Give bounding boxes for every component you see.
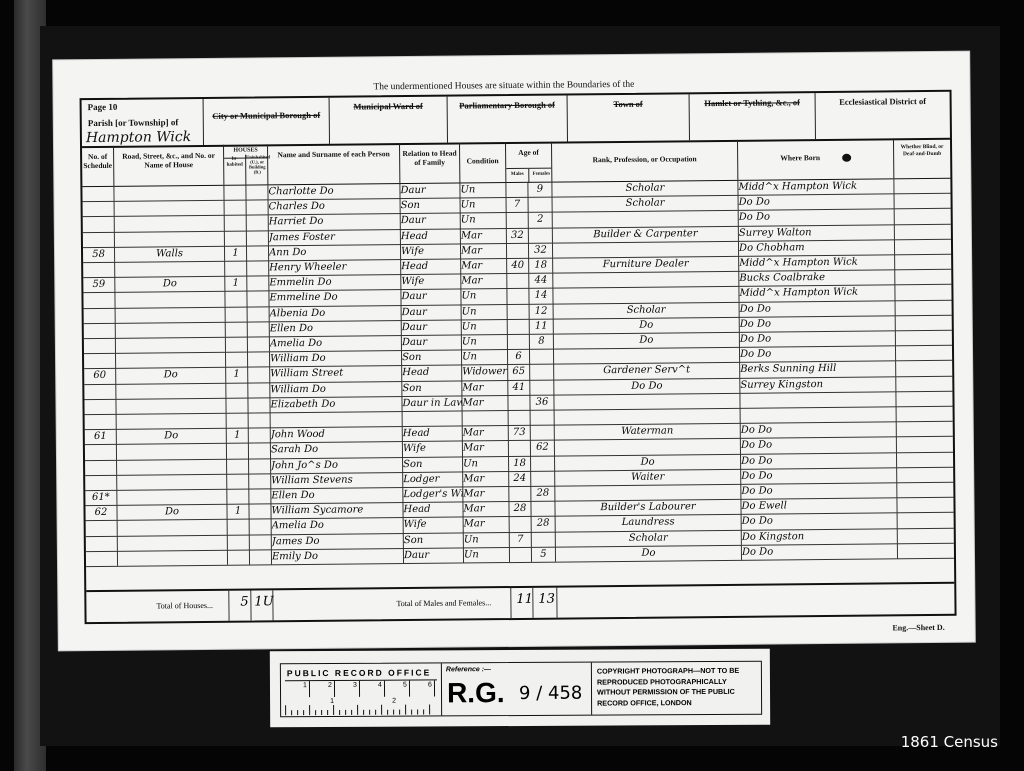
- cell-name: Amelia Do: [270, 335, 402, 351]
- census-form: Page 10 Parish [or Township] of Hampton …: [80, 90, 957, 624]
- cell-female: 8: [530, 334, 554, 349]
- cell-occupation: Do: [555, 453, 741, 470]
- ruler-number: 2: [392, 698, 396, 705]
- cell-born: Do Do: [742, 543, 898, 560]
- cell-female: 44: [529, 273, 553, 288]
- cell-condition: Mar: [463, 486, 509, 502]
- cell-name: Emmelin Do: [269, 274, 401, 290]
- cell-blind: [896, 299, 952, 315]
- cell-relation: Lodger's Wife: [403, 486, 463, 502]
- cell-name: [271, 411, 403, 427]
- cell-inhabited: [228, 519, 250, 534]
- cell-relation: Daur: [401, 289, 461, 305]
- cell-female: 9: [528, 182, 552, 197]
- cell-born: Do Do: [741, 467, 897, 484]
- cell-born: Midd^x Hampton Wick: [739, 285, 895, 302]
- cell-born: Berks Sunning Hill: [740, 361, 896, 378]
- cell-road: Walls: [115, 246, 225, 262]
- cell-road: [116, 322, 226, 338]
- cell-occupation: Do: [554, 317, 740, 334]
- cell-occupation: [554, 393, 740, 410]
- cell-name: William Do: [270, 350, 402, 366]
- cell-born: [741, 406, 897, 423]
- cell-relation: Son: [401, 198, 461, 214]
- cell-blind: [896, 315, 952, 331]
- cell-inhabited: [227, 413, 249, 428]
- boundary-text: The undermentioned Houses are situate wi…: [373, 80, 634, 93]
- cell-female: 14: [529, 288, 553, 303]
- cell-inhabited: [226, 397, 248, 412]
- cell-relation: Wife: [404, 517, 464, 533]
- cell-condition: Mar: [462, 395, 508, 411]
- cell-schedule: [83, 262, 115, 277]
- cell-road: [117, 458, 227, 474]
- cell-road: [114, 185, 224, 201]
- cell-condition: Un: [462, 334, 508, 350]
- cell-occupation: Do: [556, 545, 742, 562]
- cell-blind: [898, 527, 954, 543]
- cell-born: Bucks Coalbrake: [739, 270, 895, 287]
- cell-schedule: [85, 444, 117, 459]
- cell-uninh: [249, 412, 271, 427]
- sheet-label: Eng.—Sheet D.: [892, 623, 944, 633]
- cell-inhabited: [227, 489, 249, 504]
- cell-female: 12: [530, 303, 554, 318]
- cell-relation: Daur: [402, 319, 462, 335]
- cell-male: [507, 273, 529, 288]
- total-houses-label: Total of Houses...: [156, 601, 213, 611]
- cell-uninh: [247, 260, 269, 275]
- cell-name: William Sycamore: [271, 502, 403, 518]
- cell-condition: Un: [464, 547, 510, 563]
- cell-relation: Head: [403, 426, 463, 442]
- cell-inhabited: 1: [225, 245, 247, 260]
- cell-female: 28: [531, 486, 555, 501]
- cell-relation: Head: [402, 365, 462, 381]
- cell-uninh: [249, 504, 271, 519]
- cell-inhabited: [224, 185, 246, 200]
- cell-name: Ellen Do: [271, 487, 403, 503]
- cell-uninh: [249, 458, 271, 473]
- cell-road: [115, 291, 225, 307]
- header-males: Males: [506, 170, 528, 179]
- ruler-number: 2: [328, 682, 332, 689]
- header-occupation: Rank, Profession, or Occupation: [552, 140, 738, 182]
- cell-male: [507, 243, 529, 258]
- cell-occupation: Scholar: [554, 301, 740, 318]
- cell-name: Henry Wheeler: [269, 259, 401, 275]
- cell-occupation: Builder & Carpenter: [553, 225, 739, 242]
- cell-schedule: 59: [83, 277, 115, 292]
- cell-inhabited: [227, 473, 249, 488]
- cell-relation: Son: [403, 456, 463, 472]
- cell-condition: [463, 410, 509, 426]
- page-number: Page 10: [88, 102, 118, 112]
- cell-born: Do Kingston: [742, 528, 898, 545]
- cell-schedule: [84, 323, 116, 338]
- cell-male: 41: [508, 379, 530, 394]
- cell-female: [530, 349, 554, 364]
- cell-blind: [897, 436, 953, 452]
- census-page: The undermentioned Houses are situate wi…: [53, 52, 975, 651]
- cell-condition: Mar: [461, 258, 507, 274]
- public-record-office-label: PUBLIC RECORD OFFICE 12345612 Reference …: [270, 649, 770, 728]
- total-females: 13: [538, 592, 555, 607]
- cell-female: [529, 197, 553, 212]
- cell-road: [117, 489, 227, 505]
- ink-blot-icon: [842, 154, 851, 162]
- cell-condition: Mar: [463, 471, 509, 487]
- cell-relation: Head: [401, 228, 461, 244]
- cell-road: [117, 474, 227, 490]
- cell-born: Do Do: [740, 300, 896, 317]
- cell-name: James Foster: [269, 229, 401, 245]
- cell-name: Amelia Do: [272, 517, 404, 533]
- cell-condition: Un: [460, 182, 506, 198]
- cell-female: [531, 501, 555, 516]
- cell-occupation: Do: [554, 332, 740, 349]
- cell-condition: Un: [461, 288, 507, 304]
- municipal-ward-field: Municipal Ward of: [330, 97, 448, 144]
- cell-inhabited: 1: [227, 428, 249, 443]
- cell-born: Surrey Kingston: [740, 376, 896, 393]
- cell-condition: Mar: [461, 273, 507, 289]
- cell-schedule: [83, 201, 115, 216]
- cell-schedule: [83, 292, 115, 307]
- cell-male: [508, 334, 530, 349]
- cell-condition: Mar: [462, 380, 508, 396]
- cell-road: [116, 337, 226, 353]
- cell-name: William Stevens: [271, 472, 403, 488]
- ruler-number: 1: [303, 682, 307, 689]
- cell-relation: Son: [402, 380, 462, 396]
- cell-uninh: [249, 428, 271, 443]
- header-name: Name and Surname of each Person: [268, 143, 400, 184]
- cell-condition: Widower: [462, 364, 508, 380]
- cell-female: 36: [530, 394, 554, 409]
- image-caption: 1861 Census: [901, 733, 998, 751]
- cell-uninh: [250, 549, 272, 564]
- ruler-number: 1: [330, 698, 334, 705]
- cell-blind: [895, 284, 951, 300]
- ruler-number: 4: [378, 682, 382, 689]
- cell-schedule: [86, 520, 118, 535]
- cell-inhabited: [225, 230, 247, 245]
- header-uninhabited: Uninhabited (U.), or Building (B.): [245, 154, 268, 184]
- cell-inhabited: [226, 352, 248, 367]
- reference-prefix: R.G.: [447, 677, 505, 709]
- cell-female: 2: [529, 212, 553, 227]
- cell-schedule: [84, 399, 116, 414]
- cell-born: Do Do: [741, 437, 897, 454]
- ecclesiastical-district-field: Ecclesiastical District of: [816, 92, 950, 139]
- cell-name: Sarah Do: [271, 441, 403, 457]
- cell-road: Do: [117, 428, 227, 444]
- cell-occupation: [555, 438, 741, 455]
- cell-road: [117, 443, 227, 459]
- cell-occupation: [553, 241, 739, 258]
- cell-uninh: [247, 215, 269, 230]
- cell-male: [508, 395, 530, 410]
- parliamentary-borough-field: Parliamentary Borough of: [448, 95, 568, 142]
- cell-female: [531, 410, 555, 425]
- total-houses-uninhabited: 1U: [254, 594, 273, 609]
- cell-born: Do Do: [741, 482, 897, 499]
- cell-schedule: [85, 475, 117, 490]
- cell-born: Do Do: [741, 422, 897, 439]
- cell-blind: [897, 482, 953, 498]
- cell-relation: Head: [401, 259, 461, 275]
- cell-road: [116, 352, 226, 368]
- cell-relation: Wife: [403, 441, 463, 457]
- cell-road: [116, 306, 226, 322]
- header-age: Age of Males Females: [506, 142, 552, 182]
- cell-blind: [895, 269, 951, 285]
- cell-born: Do Do: [742, 513, 898, 530]
- cell-uninh: [248, 382, 270, 397]
- cell-relation: Daur: [402, 304, 462, 320]
- cell-schedule: 61*: [85, 490, 117, 505]
- cell-born: Do Chobham: [739, 239, 895, 256]
- cell-male: [507, 212, 529, 227]
- cell-condition: Mar: [461, 243, 507, 259]
- cell-female: 28: [532, 516, 556, 531]
- cell-male: 6: [508, 349, 530, 364]
- cell-condition: Un: [461, 197, 507, 213]
- cell-female: [532, 531, 556, 546]
- header-where-born: Where Born: [738, 138, 894, 179]
- cell-name: Emmeline Do: [269, 289, 401, 305]
- cell-road: Do: [117, 504, 227, 520]
- cell-occupation: Waterman: [555, 423, 741, 440]
- cell-schedule: 60: [84, 368, 116, 383]
- cell-uninh: [250, 534, 272, 549]
- cell-uninh: [246, 184, 268, 199]
- cell-inhabited: [225, 200, 247, 215]
- reference-label: Reference :—: [446, 666, 491, 673]
- cell-blind: [897, 467, 953, 483]
- cell-condition: Un: [462, 319, 508, 335]
- cell-condition: Un: [461, 212, 507, 228]
- cell-uninh: [248, 336, 270, 351]
- cell-schedule: [85, 414, 117, 429]
- cell-inhabited: [225, 215, 247, 230]
- cell-occupation: Laundress: [556, 514, 742, 531]
- cell-condition: Mar: [463, 501, 509, 517]
- cell-condition: Un: [462, 349, 508, 365]
- cell-name: James Do: [272, 533, 404, 549]
- cell-female: [530, 364, 554, 379]
- cell-female: [531, 455, 555, 470]
- cell-road: [116, 382, 226, 398]
- pro-office-title: PUBLIC RECORD OFFICE: [287, 667, 431, 678]
- cell-inhabited: [225, 261, 247, 276]
- cell-female: 5: [532, 546, 556, 561]
- cell-occupation: [553, 271, 739, 288]
- hamlet-field: Hamlet or Tything, &c., of: [690, 93, 816, 140]
- cell-blind: [897, 406, 953, 422]
- cell-born: Surrey Walton: [739, 224, 895, 241]
- cell-female: [531, 470, 555, 485]
- cell-male: [509, 486, 531, 501]
- cell-schedule: [86, 551, 118, 566]
- cell-blind: [896, 391, 952, 407]
- cell-road: [118, 519, 228, 535]
- ruler-number: 5: [403, 682, 407, 689]
- cell-relation: Wife: [401, 243, 461, 259]
- cell-born: Do Do: [739, 209, 895, 226]
- cell-blind: [895, 193, 951, 209]
- cell-female: [531, 425, 555, 440]
- cell-inhabited: [228, 549, 250, 564]
- cell-uninh: [249, 443, 271, 458]
- cell-male: [508, 319, 530, 334]
- total-persons-label: Total of Males and Females...: [396, 598, 491, 608]
- cell-condition: Mar: [463, 425, 509, 441]
- cell-occupation: Do Do: [554, 377, 740, 394]
- cell-born: Midd^x Hampton Wick: [738, 178, 894, 195]
- cell-name: Ellen Do: [270, 320, 402, 336]
- cell-female: 11: [530, 318, 554, 333]
- cell-inhabited: [226, 306, 248, 321]
- cell-occupation: Gardener Serv^t: [554, 362, 740, 379]
- cell-uninh: [250, 519, 272, 534]
- cell-relation: Daur: [401, 213, 461, 229]
- cell-road: [116, 398, 226, 414]
- cell-road: Do: [116, 367, 226, 383]
- cell-relation: [403, 410, 463, 426]
- cell-blind: [895, 208, 951, 224]
- cell-inhabited: [225, 291, 247, 306]
- header-relation: Relation to Head of Family: [400, 143, 460, 184]
- cell-inhabited: 1: [226, 367, 248, 382]
- cell-occupation: [553, 210, 739, 227]
- cell-uninh: [248, 397, 270, 412]
- cell-inhabited: [227, 443, 249, 458]
- cell-uninh: [248, 321, 270, 336]
- cell-relation: Daur in Law: [402, 395, 462, 411]
- cell-male: 40: [507, 258, 529, 273]
- cell-male: [507, 288, 529, 303]
- cell-blind: [898, 512, 954, 528]
- cell-blind: [896, 345, 952, 361]
- cell-uninh: [247, 230, 269, 245]
- cell-condition: Un: [463, 456, 509, 472]
- cell-female: [529, 227, 553, 242]
- cell-male: 7: [510, 531, 532, 546]
- cell-male: 24: [509, 471, 531, 486]
- cell-schedule: [84, 383, 116, 398]
- cell-relation: Wife: [401, 274, 461, 290]
- cell-name: Albenia Do: [270, 305, 402, 321]
- cell-name: William Do: [270, 381, 402, 397]
- cell-relation: Lodger: [403, 471, 463, 487]
- cell-male: 7: [507, 197, 529, 212]
- cell-schedule: 62: [85, 505, 117, 520]
- cell-condition: Mar: [461, 228, 507, 244]
- cell-name: John Jo^s Do: [271, 457, 403, 473]
- cell-female: 18: [529, 258, 553, 273]
- cell-blind: [896, 375, 952, 391]
- cell-male: 18: [509, 455, 531, 470]
- cell-condition: Mar: [463, 440, 509, 456]
- cell-name: John Wood: [271, 426, 403, 442]
- cell-road: [118, 550, 228, 566]
- cell-inhabited: [228, 534, 250, 549]
- cell-occupation: [555, 484, 741, 501]
- header-inhabited: In-habited: [224, 157, 245, 169]
- cell-born: Do Do: [741, 452, 897, 469]
- cell-born: Do Do: [740, 330, 896, 347]
- cell-schedule: 58: [83, 247, 115, 262]
- cell-occupation: [554, 347, 740, 364]
- cell-condition: Un: [464, 532, 510, 548]
- cell-blind: [895, 239, 951, 255]
- cell-road: [117, 413, 227, 429]
- cell-road: [115, 230, 225, 246]
- cell-male: 73: [509, 425, 531, 440]
- cell-occupation: Scholar: [553, 195, 739, 212]
- cell-relation: Daur: [404, 547, 464, 563]
- totals-row: Total of Houses... 5 1U Total of Males a…: [86, 582, 954, 622]
- cell-born: Do Do: [739, 194, 895, 211]
- header-blind-deaf: Whether Blind, or Deaf-and-Dumb: [894, 138, 950, 179]
- cell-blind: [895, 254, 951, 270]
- cell-male: 28: [509, 501, 531, 516]
- cell-male: [506, 182, 528, 197]
- cell-inhabited: [226, 382, 248, 397]
- copyright-notice: COPYRIGHT PHOTOGRAPH—NOT TO BE REPRODUCE…: [597, 666, 757, 709]
- cell-male: [509, 410, 531, 425]
- cell-occupation: Scholar: [552, 180, 738, 197]
- cell-condition: Un: [462, 304, 508, 320]
- cell-blind: [897, 451, 953, 467]
- cell-occupation: Scholar: [556, 529, 742, 546]
- cell-schedule: [86, 535, 118, 550]
- cell-relation: Son: [404, 532, 464, 548]
- header-schedule: No. of Schedule: [82, 146, 114, 186]
- cell-road: [115, 261, 225, 277]
- cell-inhabited: 1: [225, 276, 247, 291]
- pro-ruler-box: PUBLIC RECORD OFFICE 12345612: [281, 663, 442, 716]
- cell-born: Midd^x Hampton Wick: [739, 254, 895, 271]
- cell-uninh: [249, 473, 271, 488]
- cell-name: Charles Do: [269, 198, 401, 214]
- cell-uninh: [247, 200, 269, 215]
- cell-condition: Mar: [464, 516, 510, 532]
- cell-blind: [895, 223, 951, 239]
- cell-schedule: [83, 216, 115, 231]
- header-houses: HOUSES In-habited Uninhabited (U.), or B…: [224, 144, 268, 184]
- cell-name: Charlotte Do: [268, 183, 400, 199]
- cell-name: Emily Do: [272, 548, 404, 564]
- cell-occupation: [555, 408, 741, 425]
- cell-inhabited: [227, 458, 249, 473]
- cell-female: 32: [529, 242, 553, 257]
- cell-uninh: [248, 367, 270, 382]
- cell-blind: [896, 330, 952, 346]
- cell-blind: [896, 360, 952, 376]
- cell-name: Elizabeth Do: [270, 396, 402, 412]
- cell-inhabited: [226, 337, 248, 352]
- cell-uninh: [247, 291, 269, 306]
- cell-blind: [894, 178, 950, 194]
- cell-uninh: [247, 276, 269, 291]
- cell-schedule: [82, 186, 114, 201]
- cell-name: Harriet Do: [269, 213, 401, 229]
- cell-blind: [897, 421, 953, 437]
- header-road: Road, Street, &c., and No. or Name of Ho…: [114, 145, 224, 186]
